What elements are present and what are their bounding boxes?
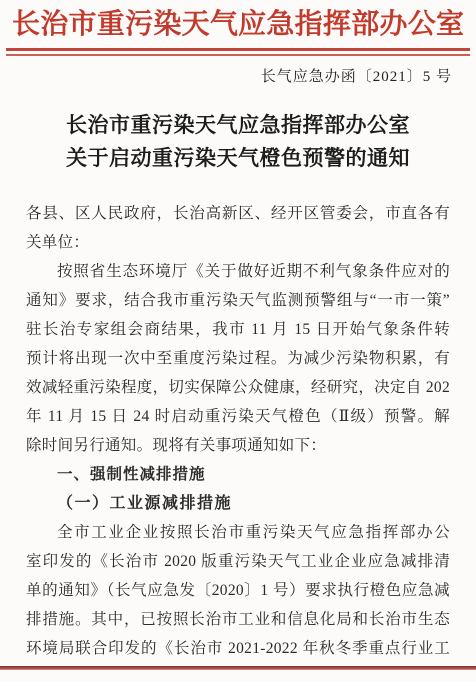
heading-industrial-source: （一）工业源减排措施 xyxy=(26,489,450,518)
body-line-para2-cont-truncated: 环境局联合印发的《长治市 2021-2022 年秋冬季重点行业工 xyxy=(26,634,450,663)
body-line-para2-cont: 室印发的《长治市 2020 版重污染天气工业企业应急减排清 xyxy=(26,547,450,576)
body-line-para1: 按照省生态环境厅《关于做好近期不利气象条件应对的 xyxy=(26,257,450,286)
body-line-para1-end: 除时间另行通知。现将有关事项通知如下： xyxy=(26,431,450,460)
masthead-office-name: 长治市重污染天气应急指挥部办公室 xyxy=(12,8,464,42)
body-line-para1-cont: 通知》要求，结合我市重污染天气监测预警组与“一市一策” xyxy=(26,286,450,315)
heading-mandatory-measures: 一、强制性减排措施 xyxy=(26,460,450,489)
title-line-2: 关于启动重污染天气橙色预警的通知 xyxy=(0,142,476,175)
doc-reference-number: 长气应急办函〔2021〕5 号 xyxy=(0,67,452,87)
document-title: 长治市重污染天气应急指挥部办公室 关于启动重污染天气橙色预警的通知 xyxy=(0,109,476,175)
body-line-para2-cont: 单的通知》（长气应急发〔2020〕1 号）要求执行橙色应急减 xyxy=(26,576,450,605)
body-line-para1-cont: 预计将出现一次中至重度污染过程。为减少污染物积累，有 xyxy=(26,344,450,373)
masthead-divider xyxy=(6,48,470,56)
body-line-para2-cont: 排措施。其中，已按照长治市工业和信息化局和长治市生态 xyxy=(26,605,450,634)
body-line-para1-cont: 年 11 月 15 日 24 时启动重污染天气橙色（Ⅱ级）预警。解 xyxy=(26,402,450,431)
bottom-border-line xyxy=(0,666,476,670)
body-line-recipients-end: 关单位： xyxy=(26,228,450,257)
body-line-para1-cont: 效减轻重污染程度，切实保障公众健康，经研究，决定自 2021 xyxy=(26,373,450,402)
masthead-divider-thin-line xyxy=(6,54,470,56)
body-line-para2: 全市工业企业按照长治市重污染天气应急指挥部办公 xyxy=(26,518,450,547)
document-body: 各县、区人民政府，长治高新区、经开区管委会，市直各有 关单位： 按照省生态环境厅… xyxy=(26,199,450,663)
document-page: 长治市重污染天气应急指挥部办公室 长气应急办函〔2021〕5 号 长治市重污染天… xyxy=(0,0,476,682)
body-line-recipients: 各县、区人民政府，长治高新区、经开区管委会，市直各有 xyxy=(26,199,450,228)
body-line-para1-cont: 驻长治专家组会商结果，我市 11 月 15 日开始气象条件转差， xyxy=(26,315,450,344)
title-line-1: 长治市重污染天气应急指挥部办公室 xyxy=(0,109,476,142)
